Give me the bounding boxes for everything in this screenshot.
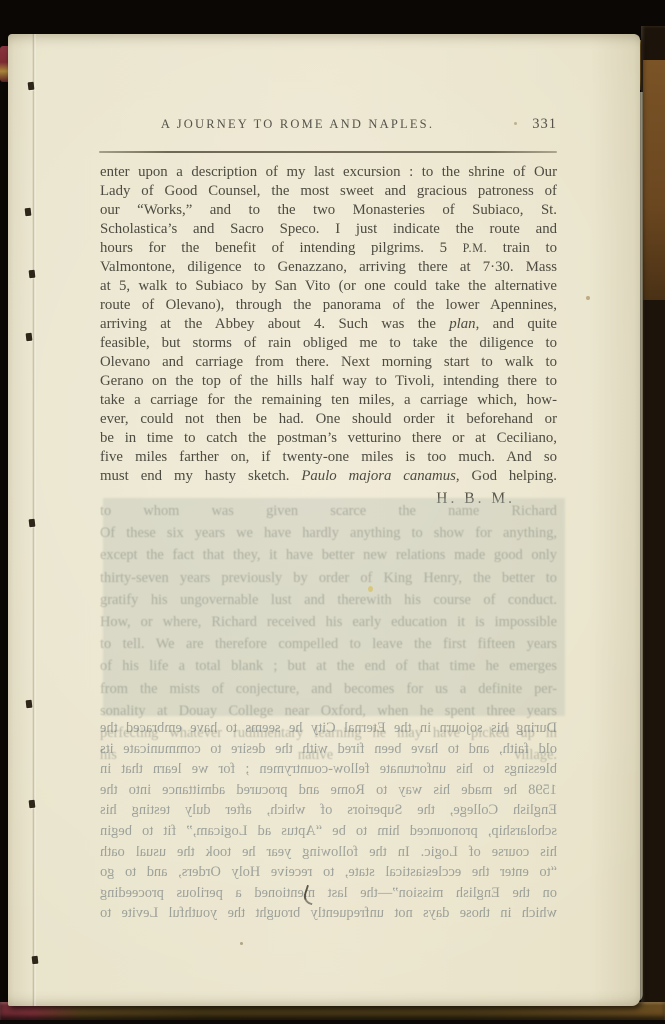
ghost-line: of his life a total blank ; but at the e… [100, 655, 557, 677]
ghost-line: blessings to his unfortunate fellow-coun… [100, 759, 557, 780]
body-text: enter upon a description of my last excu… [100, 163, 557, 486]
body-line: enter upon a description of my last excu… [100, 163, 557, 182]
photograph-background: A JOURNEY TO ROME AND NAPLES. 331 enter … [0, 0, 665, 1024]
book-page: A JOURNEY TO ROME AND NAPLES. 331 enter … [8, 34, 640, 1006]
foxing-spot [368, 586, 373, 592]
book-cover-right-edge [641, 26, 665, 1014]
ghost-bleed-through-text: During his sojourn in the Eternal City h… [100, 718, 557, 924]
body-line: Olevano and carriage from there. Next mo… [100, 353, 557, 372]
ghost-line: During his sojourn in the Eternal City h… [100, 718, 557, 739]
ghost-line: How, or where, Richard received his earl… [100, 611, 557, 633]
ghost-line: thirty-seven years previously by order o… [100, 567, 557, 589]
ghost-line: to tell. We are therefore compelled to l… [100, 633, 557, 655]
stitch-mark [26, 333, 33, 342]
foxing-spot [586, 296, 590, 300]
body-line: must end my hasty sketch. Paulo majora c… [100, 467, 557, 486]
stitch-mark [28, 82, 35, 91]
body-line: be in time to catch the postman’s vettur… [100, 429, 557, 448]
body-line: Lady of Good Counsel, the most sweet and… [100, 182, 557, 201]
body-line: Gerano on the top of the hills half way … [100, 372, 557, 391]
ghost-line: 1598 he made his way to Rome and procure… [100, 780, 557, 801]
ghost-line: English College, the Superiors of which,… [100, 800, 557, 821]
ghost-line: from the mists of conjecture, and become… [100, 678, 557, 700]
ghost-line: which in those days not unfrequently bro… [100, 903, 557, 924]
ghost-line: on the English mission”—the last mention… [100, 883, 557, 904]
ghost-line: old faith, and to have been fired with t… [100, 739, 557, 760]
ghost-line: gratify his ungovernable lust and therew… [100, 589, 557, 611]
header-rule [99, 151, 557, 153]
ghost-line: except the fact that they, it have bette… [100, 544, 557, 566]
stitch-mark [25, 208, 32, 217]
ghost-line: Of these six years we have hardly anythi… [100, 522, 557, 544]
body-line: Valmontone, diligence to Genazzano, arri… [100, 258, 557, 277]
foxing-spot [240, 942, 243, 945]
body-line: at 5, walk to Subiaco by San Vito (or on… [100, 277, 557, 296]
ghost-line: “to enter the ecclesiastical state, to r… [100, 862, 557, 883]
stitch-mark [29, 270, 36, 279]
running-title: A JOURNEY TO ROME AND NAPLES. [100, 117, 495, 132]
body-line: our “Works,” and to the two Monasteries … [100, 201, 557, 220]
book-cover-leather-patch [643, 60, 665, 300]
body-line: hours for the benefit of intending pilgr… [100, 239, 557, 258]
body-line: arriving at the Abbey about 4. Such was … [100, 315, 557, 334]
foxing-spot [514, 122, 517, 125]
stitch-mark [29, 800, 36, 809]
body-line: five miles farther on, if twenty-one mil… [100, 448, 557, 467]
page-number: 331 [532, 116, 557, 133]
ghost-line: to whom was given scarce the name Richar… [100, 500, 557, 522]
body-line: Scholastica’s and Sacro Speco. I just in… [100, 220, 557, 239]
body-line: route of Olevano), through the panorama … [100, 296, 557, 315]
stitch-mark [29, 519, 36, 528]
stitch-mark [26, 700, 33, 709]
body-line: feasible, but storms of rain obliged me … [100, 334, 557, 353]
ghost-line: scholarship, pronounced him to be “Aptus… [100, 821, 557, 842]
body-line: take a carriage for the remaining ten mi… [100, 391, 557, 410]
page-header: A JOURNEY TO ROME AND NAPLES. 331 [100, 117, 557, 137]
ghost-line: his course of Logic. In the following ye… [100, 842, 557, 863]
body-line: ever, could not then be had. One should … [100, 410, 557, 429]
stitch-mark [32, 956, 39, 965]
